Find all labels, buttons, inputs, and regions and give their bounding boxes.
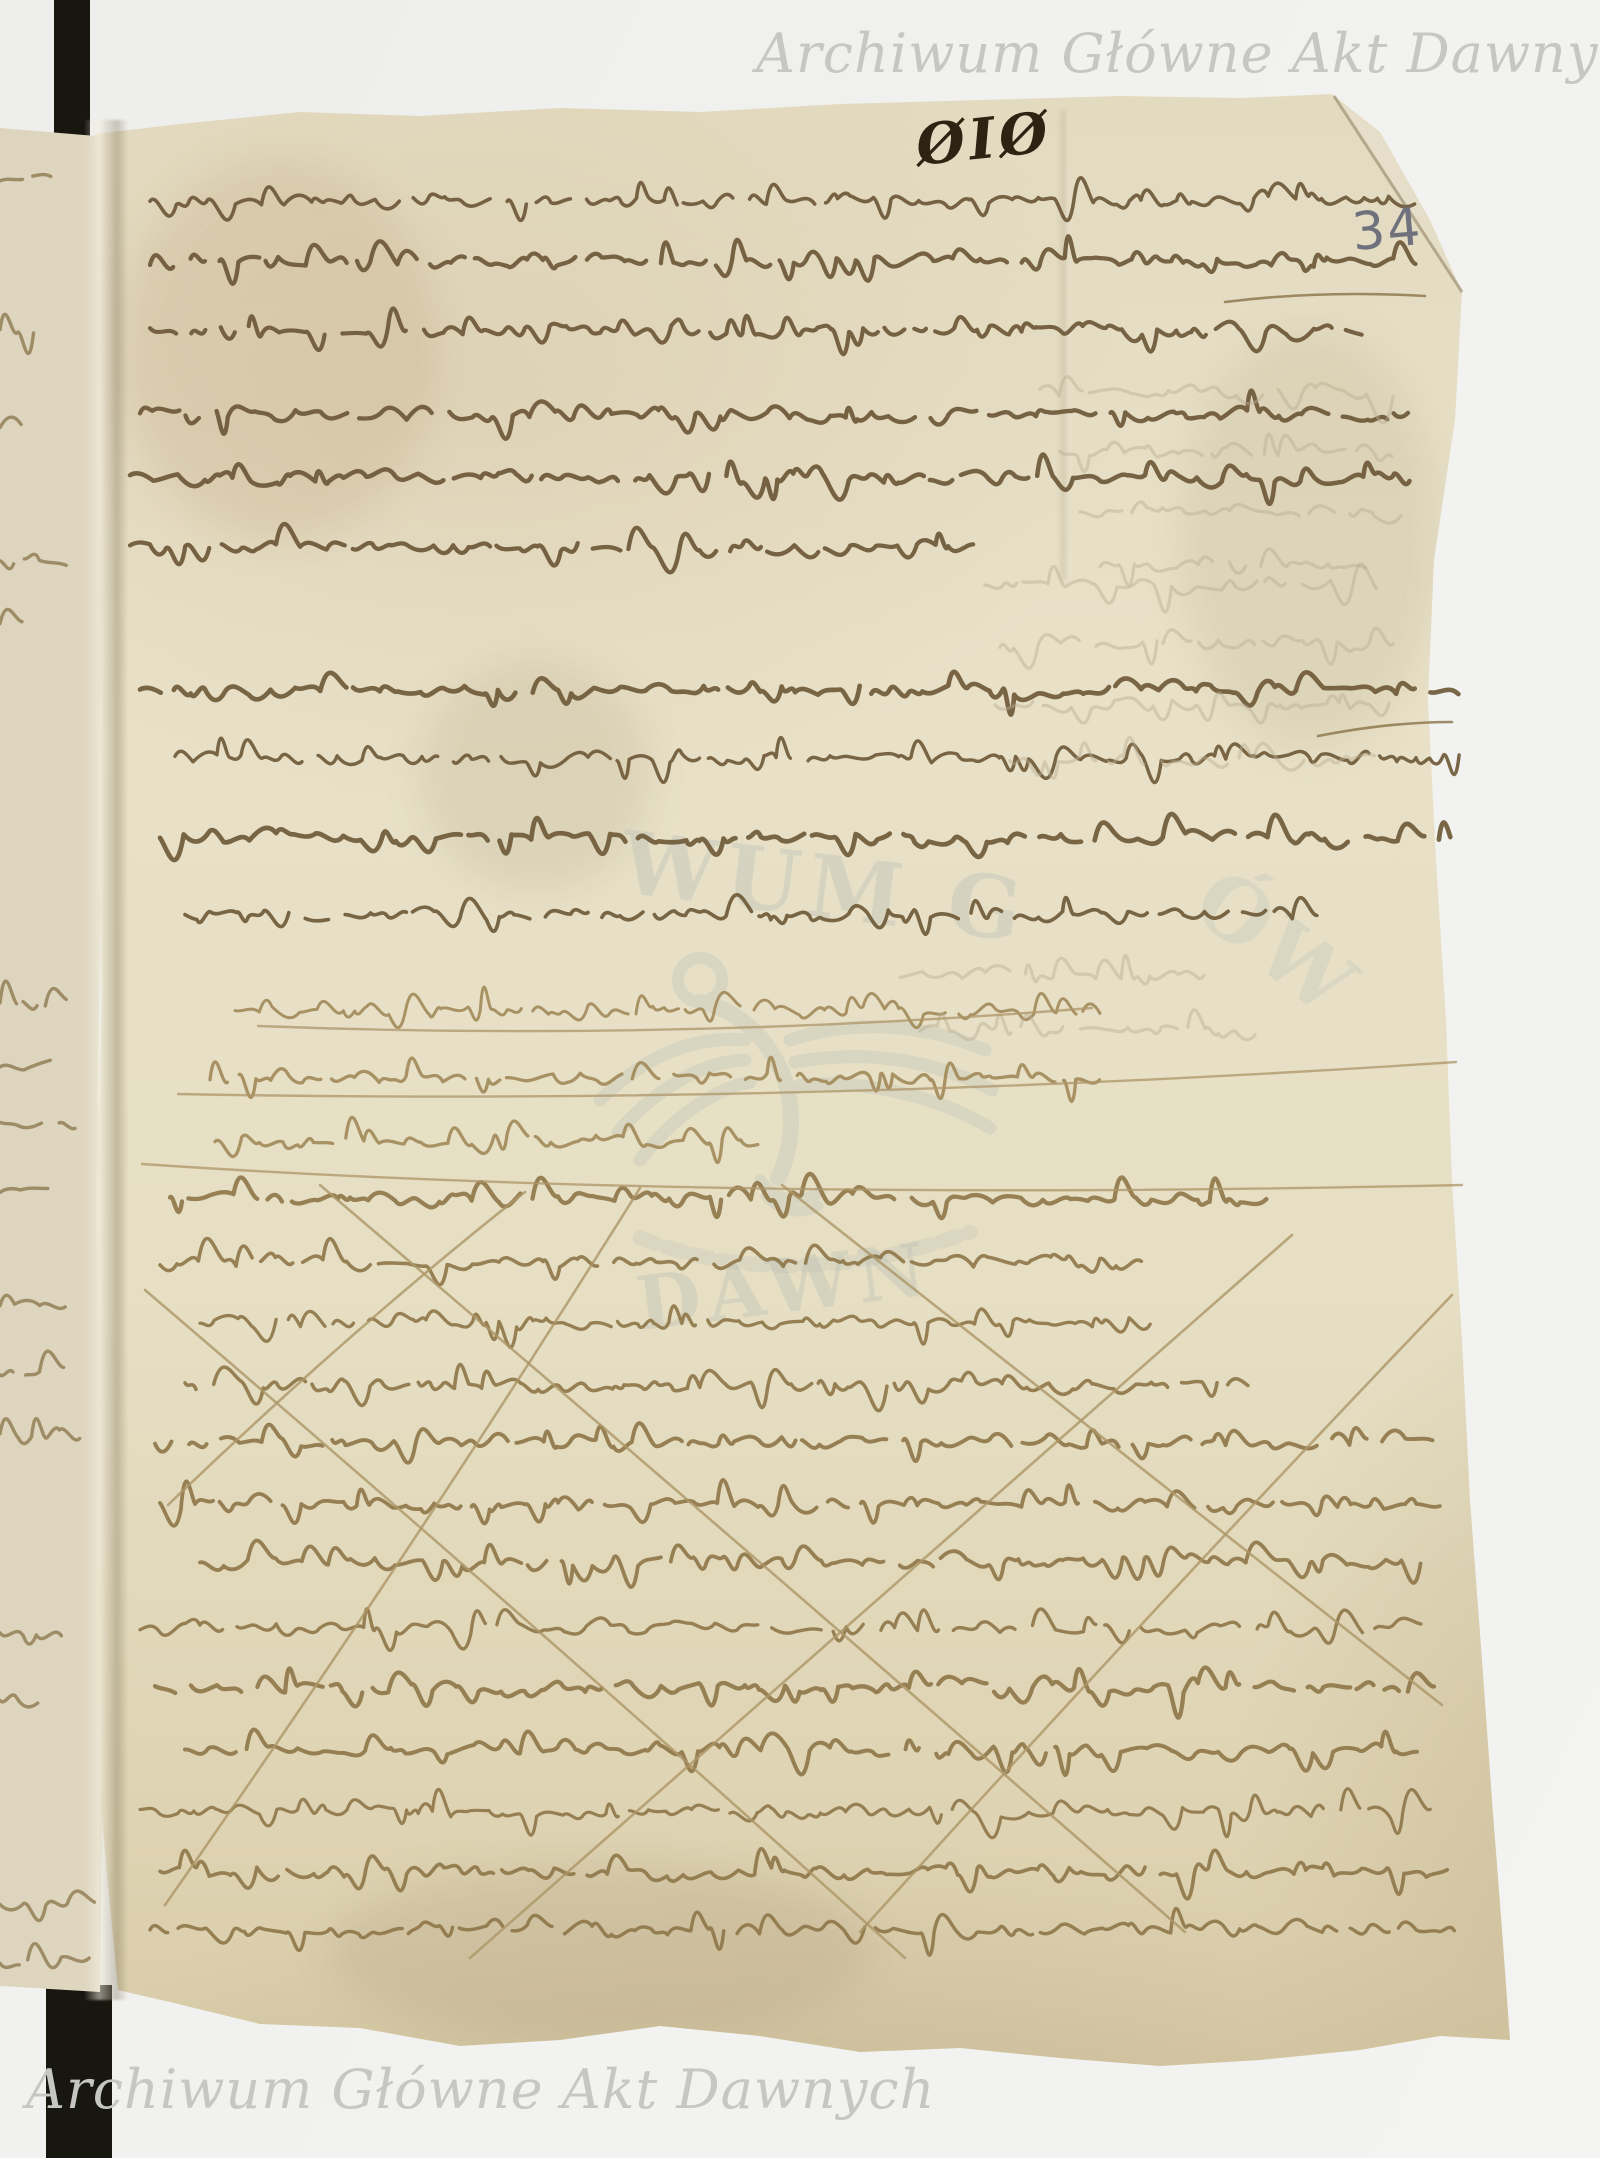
dog-ear-crease (1334, 96, 1462, 292)
cancellation-stroke (860, 1295, 1452, 1932)
left-page-text-fragment (0, 1695, 55, 1707)
handwriting-line (155, 1423, 1448, 1463)
handwriting-line (185, 1729, 1417, 1775)
cancellation-stroke (145, 1290, 905, 1958)
stamp-arc-right-text: ÓW (1176, 850, 1378, 1039)
handwriting-line (140, 672, 1458, 715)
handwriting-line (185, 1365, 1248, 1411)
handwriting-layer: WUM G ÓW DAWN (0, 0, 1600, 2158)
handwriting-line (200, 1540, 1431, 1587)
stamp-eagle-emblem (600, 958, 992, 1266)
bleed-through-line (1000, 628, 1393, 668)
handwriting-line (150, 308, 1362, 354)
left-page-text-fragment (0, 1188, 48, 1192)
left-page-text-fragment (0, 175, 51, 181)
pen-flourish (1318, 722, 1452, 736)
cancellation-stroke (165, 1188, 640, 1905)
handwriting-line (140, 1609, 1421, 1651)
scan-background: WUM G ÓW DAWN Archiwum Główne Akt Dawnyc… (0, 0, 1600, 2158)
cancellation-stroke (168, 1192, 525, 1505)
archive-watermark-bottom: Archiwum Główne Akt Dawnych (26, 2058, 935, 2121)
pen-flourish (1225, 294, 1425, 302)
handwriting-line (130, 455, 1410, 504)
left-page-text-fragment (0, 609, 22, 623)
left-page-text-fragment (0, 1891, 95, 1921)
left-page-text-fragment (0, 1632, 61, 1644)
left-page-text-fragment (0, 1351, 64, 1375)
handwriting-line (150, 178, 1415, 221)
left-page-text-fragment (0, 1122, 75, 1128)
bleed-through-line (900, 955, 1220, 984)
bleed-through-line (1080, 502, 1401, 523)
handwriting-line (235, 987, 1100, 1028)
archive-watermark-top: Archiwum Główne Akt Dawnych (756, 22, 1600, 85)
left-page-text-fragment (0, 981, 66, 1009)
left-page-text-fragment (0, 1060, 50, 1070)
handwriting-line (215, 1117, 769, 1162)
left-page-text-fragment (0, 314, 34, 353)
handwriting-line (150, 1908, 1454, 1955)
left-page-text-fragment (0, 417, 33, 427)
folio-ink-inscription: ØIØ (913, 99, 1055, 179)
handwriting-line (160, 1849, 1447, 1899)
left-page-text-fragment (0, 1944, 89, 1968)
handwriting-line (130, 524, 973, 572)
folio-page-number: 34 (1350, 197, 1425, 263)
left-page-text-fragment (0, 1295, 65, 1308)
left-page-text-fragment (0, 554, 66, 569)
handwriting-line (140, 1789, 1430, 1838)
left-page-text-fragment (0, 1419, 80, 1444)
bleed-through-line (985, 564, 1376, 612)
handwriting-line (150, 236, 1428, 284)
handwriting-line (155, 1667, 1434, 1717)
